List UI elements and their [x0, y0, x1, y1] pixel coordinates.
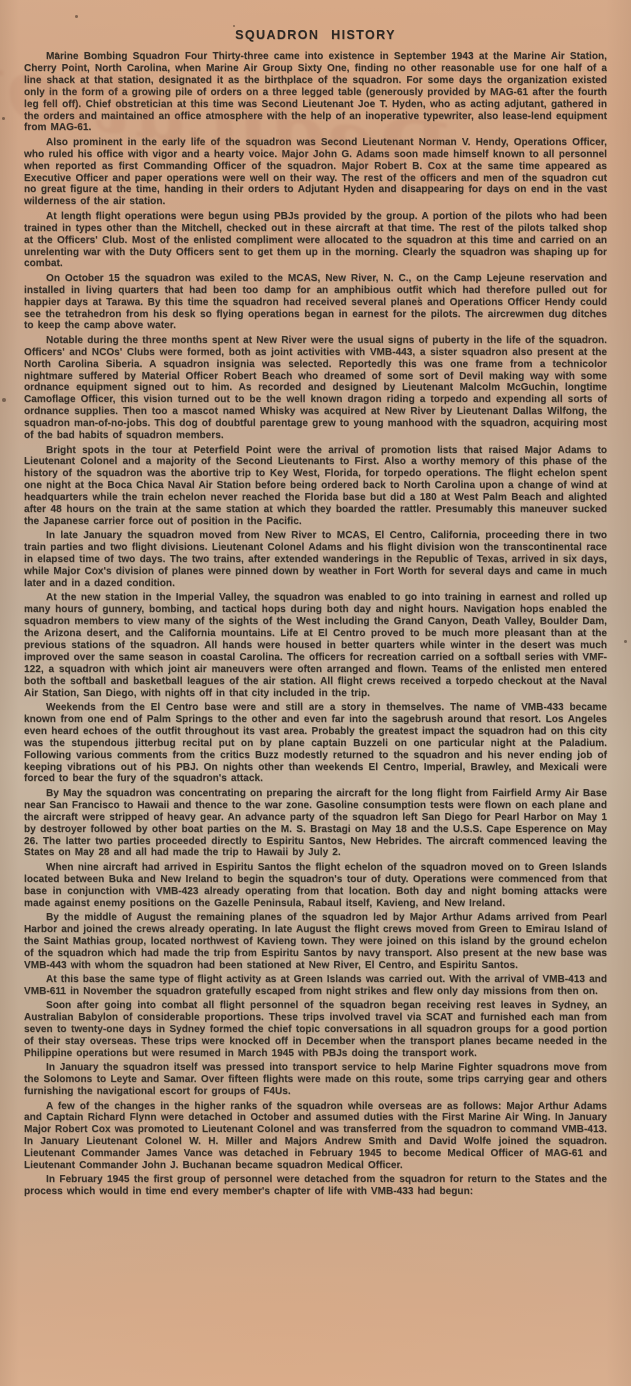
scanned-document-page: Dedication To the majority of the men wh… — [0, 0, 631, 1386]
paper-speck — [2, 117, 5, 120]
paragraph: Soon after going into combat all flight … — [24, 1000, 607, 1060]
paragraph: Notable during the three months spent at… — [24, 335, 607, 442]
paragraph: When nine aircraft had arrived in Espiri… — [24, 862, 607, 910]
paragraph: Marine Bombing Squadron Four Thirty-thre… — [24, 51, 607, 134]
page-title: SQUADRON HISTORY — [0, 0, 631, 42]
paragraph: By May the squadron was concentrating on… — [24, 788, 607, 859]
paragraph: Also prominent in the early life of the … — [24, 137, 607, 208]
paper-speck — [2, 398, 6, 402]
paragraph: On October 15 the squadron was exiled to… — [24, 273, 607, 333]
paper-speck — [624, 640, 627, 643]
paragraph: A few of the changes in the higher ranks… — [24, 1101, 607, 1172]
paragraph: By the middle of August the remaining pl… — [24, 912, 607, 972]
paragraph: At length flight operations were begun u… — [24, 211, 607, 271]
paragraph: In January the squadron itself was press… — [24, 1062, 607, 1098]
paragraph: Weekends from the El Centro base were an… — [24, 702, 607, 785]
paragraph: At this base the same type of flight act… — [24, 974, 607, 998]
paragraph: In February 1945 the first group of pers… — [24, 1174, 607, 1198]
paragraph: In late January the squadron moved from … — [24, 530, 607, 590]
paragraph: Bright spots in the tour at Peterfield P… — [24, 445, 607, 528]
document-body: Marine Bombing Squadron Four Thirty-thre… — [24, 51, 607, 1198]
paragraph: At the new station in the Imperial Valle… — [24, 592, 607, 699]
